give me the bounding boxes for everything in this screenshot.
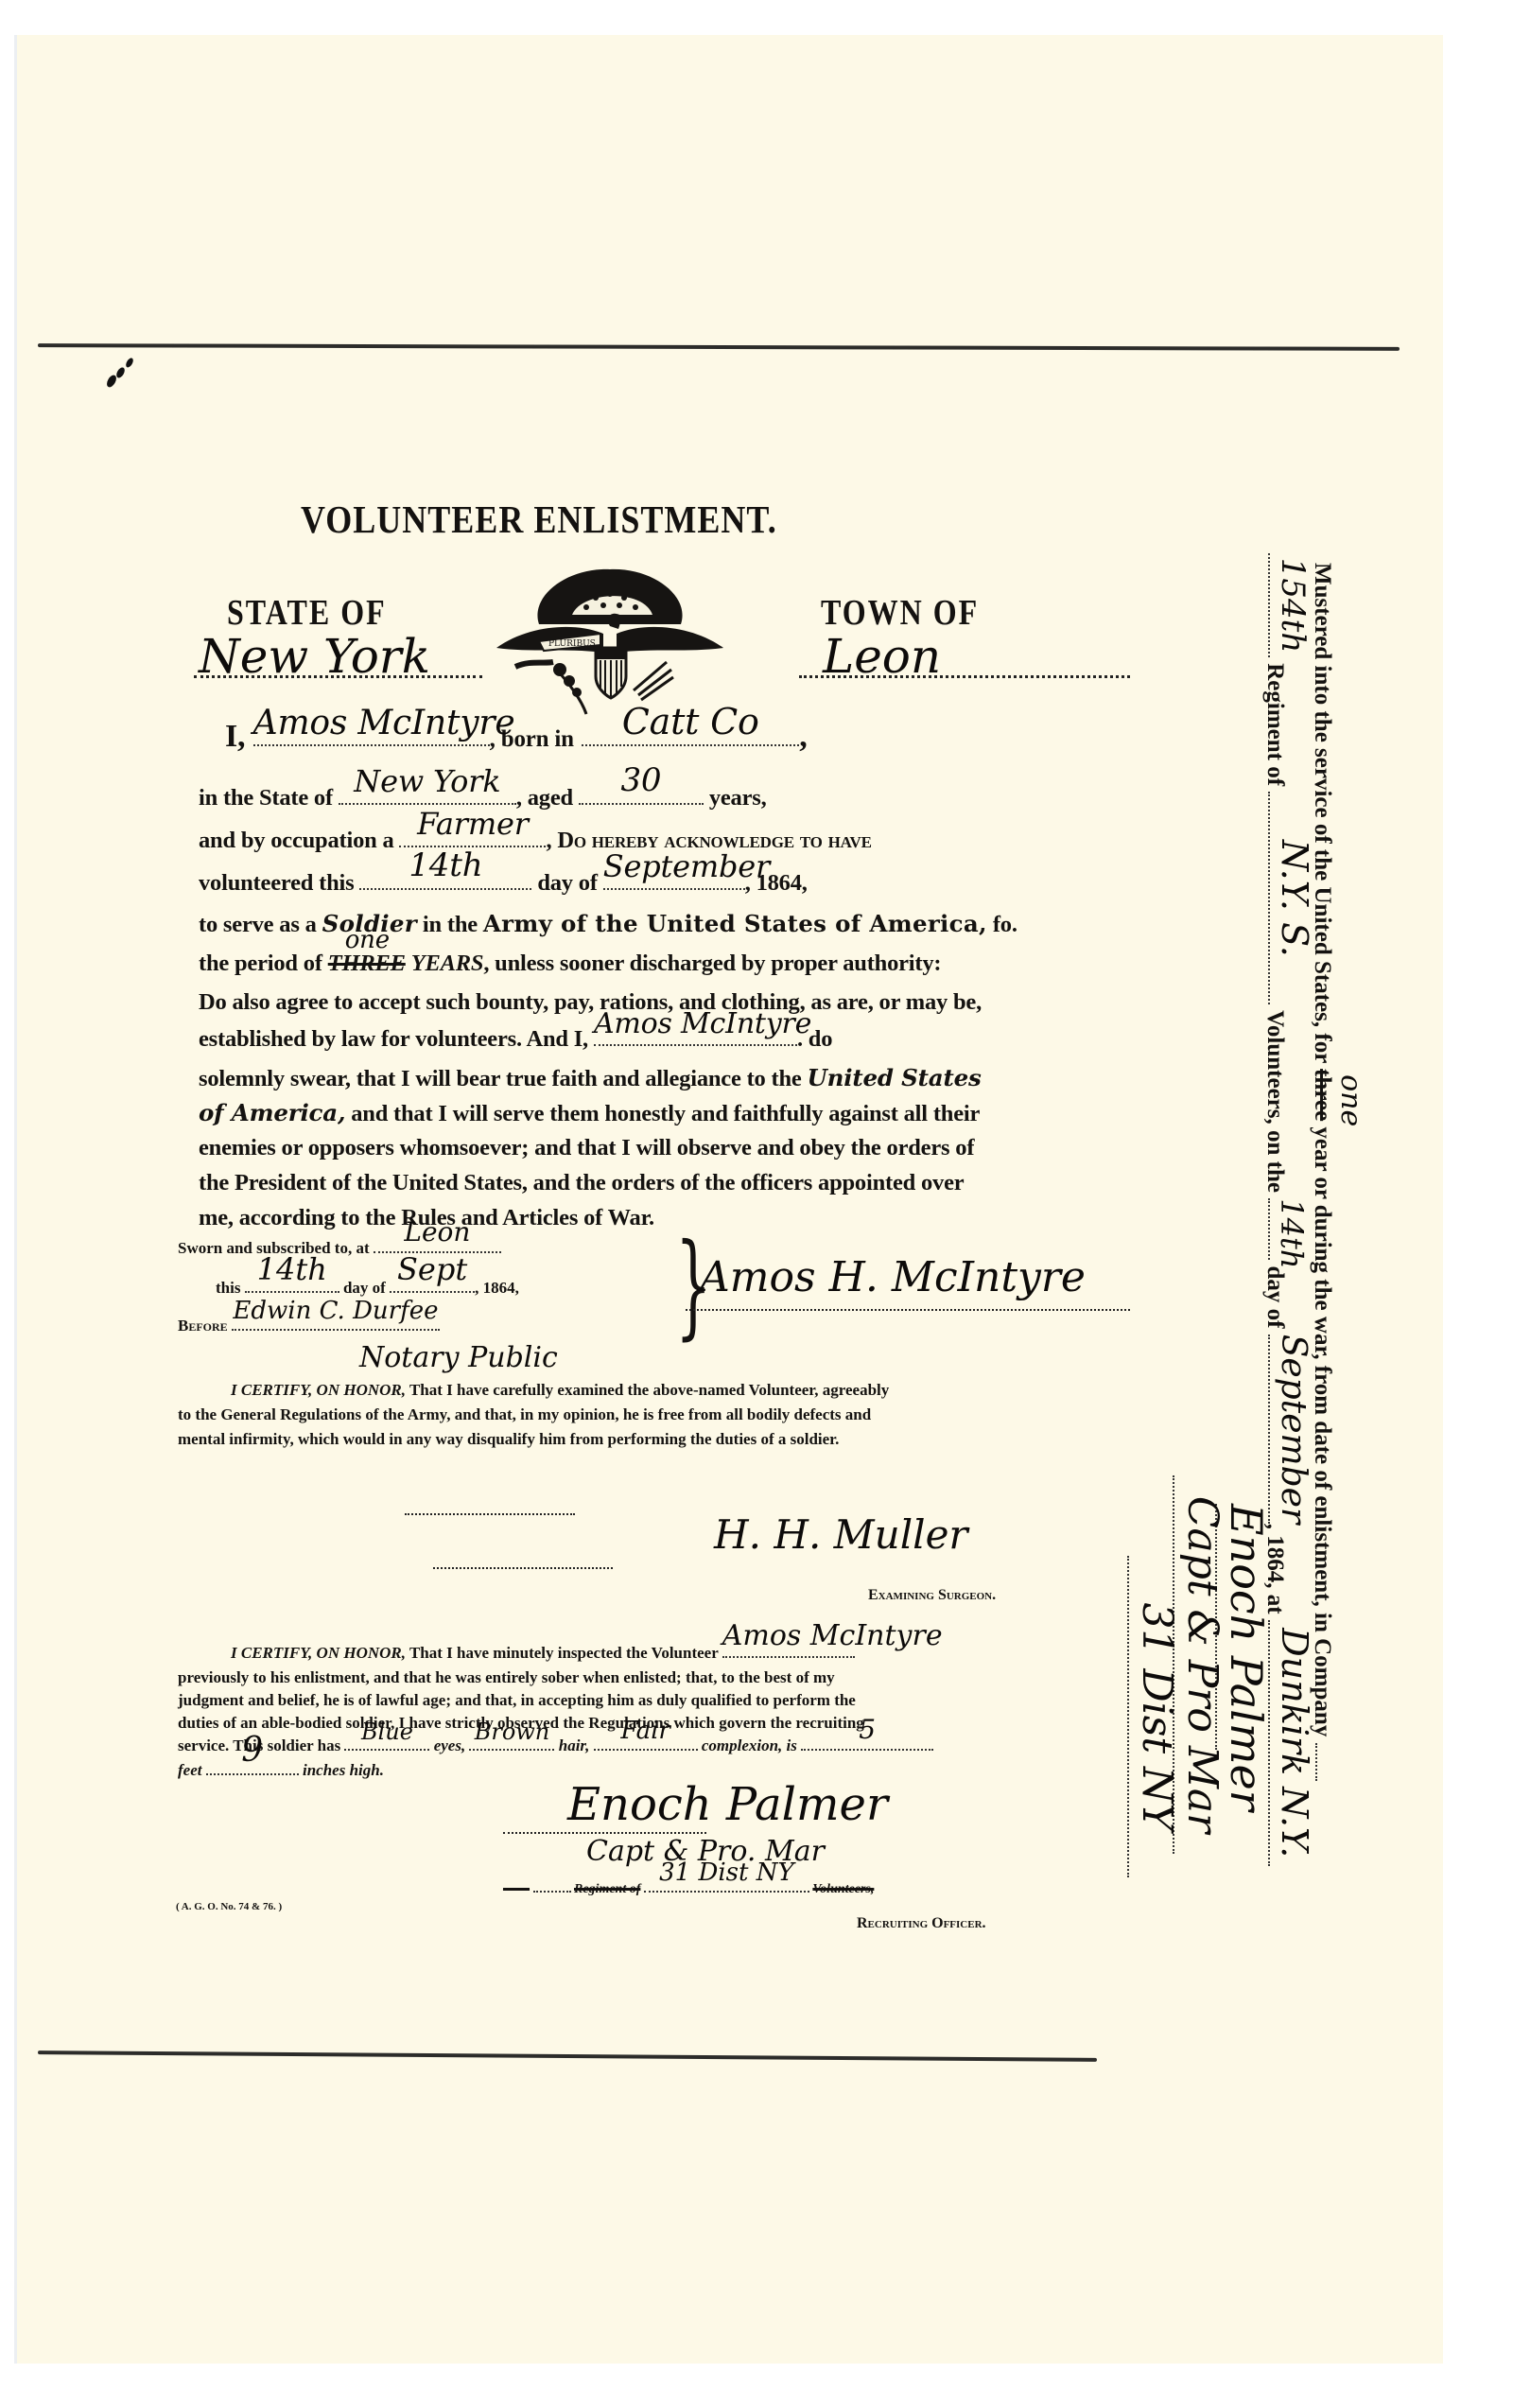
eyes-label: eyes, bbox=[434, 1736, 466, 1754]
struck-volunteers-label: Volunteers, bbox=[812, 1882, 874, 1896]
surgeon-signature: H. H. Muller bbox=[714, 1511, 968, 1558]
inches-value: 9 bbox=[206, 1731, 299, 1770]
muster-district-value: 31 Dist NY bbox=[1133, 1556, 1181, 1877]
birth-state-field[interactable]: New York bbox=[339, 802, 516, 805]
month-value: September bbox=[603, 848, 745, 884]
document-page bbox=[17, 35, 1443, 2364]
volunteers-on-label: Volunteers, on the bbox=[1262, 1010, 1288, 1193]
muster-district-field[interactable]: 31 Dist NY bbox=[1127, 1556, 1130, 1877]
recruiter-text-1: That I have minutely inspected the Volun… bbox=[409, 1644, 719, 1662]
feet-label: feet bbox=[178, 1761, 201, 1779]
muster-place-value: Dunkirk N.Y. bbox=[1274, 1620, 1315, 1866]
birthplace-field[interactable]: Catt Co bbox=[582, 743, 799, 746]
day-of-label: day of bbox=[537, 870, 597, 896]
oath-line-7: Do also agree to accept such bounty, pay… bbox=[199, 989, 982, 1016]
oath-line-9: solemnly swear, that I will bear true fa… bbox=[199, 1064, 982, 1092]
feet-field[interactable]: 5 bbox=[801, 1748, 933, 1751]
regiment-number-field[interactable]: 154th bbox=[1268, 553, 1271, 657]
term-correction: one bbox=[345, 926, 390, 954]
oath-line-1: I, Amos McIntyre, born in Catt Co, bbox=[225, 719, 808, 755]
town-of-label: TOWN OF bbox=[821, 591, 979, 633]
oath-line-12: the President of the United States, and … bbox=[199, 1170, 964, 1196]
muster-officer-signature: Enoch Palmer bbox=[1221, 1504, 1272, 1750]
muster-officer-title: Capt & Pro Mar bbox=[1178, 1475, 1226, 1854]
surgeon-signature-line bbox=[433, 1565, 613, 1569]
struck-dash: —— bbox=[503, 1882, 530, 1896]
inches-field[interactable]: 9 bbox=[206, 1772, 299, 1775]
sworn-day-field[interactable]: 14th bbox=[245, 1290, 339, 1293]
company-field[interactable] bbox=[1315, 1743, 1318, 1781]
form-number: ( A. G. O. No. 74 & 76. ) bbox=[176, 1901, 282, 1912]
muster-district-row: 31 Dist NY bbox=[1122, 1556, 1139, 1877]
recruiter-line-3: judgment and belief, he is of lawful age… bbox=[178, 1691, 856, 1710]
muster-term-correction: one bbox=[1334, 1074, 1367, 1126]
oath-i-label: I, bbox=[225, 719, 245, 754]
month-field[interactable]: September bbox=[603, 887, 745, 890]
sworn-year: , 1864, bbox=[475, 1279, 519, 1297]
certify-lead: I CERTIFY, ON HONOR, bbox=[231, 1381, 406, 1399]
oath-name-field[interactable]: Amos McIntyre bbox=[594, 1043, 797, 1046]
inspected-volunteer-value: Amos McIntyre bbox=[722, 1619, 855, 1652]
serve-as-label: to serve as a bbox=[199, 912, 317, 937]
discharged-clause: , unless sooner discharged by proper aut… bbox=[483, 951, 941, 976]
struck-term: THREE bbox=[328, 951, 406, 976]
dots bbox=[533, 1890, 571, 1893]
eyes-value: Blue bbox=[344, 1719, 429, 1745]
muster-month-value: September bbox=[1274, 1335, 1313, 1524]
surgeon-role: Examining Surgeon. bbox=[868, 1587, 996, 1604]
oath-line-10: of America, and that I will serve them h… bbox=[199, 1099, 980, 1127]
complexion-label: complexion, is bbox=[702, 1736, 797, 1754]
volunteer-signature: Amos H. McIntyre bbox=[700, 1253, 1086, 1301]
before-label: Before bbox=[178, 1317, 228, 1335]
muster-state-field[interactable]: N.Y. S. bbox=[1268, 792, 1271, 1004]
muster-day-value: 14th bbox=[1274, 1198, 1310, 1260]
for-label: fo. bbox=[993, 912, 1017, 937]
surgeon-line-2: to the General Regulations of the Army, … bbox=[178, 1405, 871, 1424]
regiment-number-value: 154th bbox=[1274, 553, 1312, 657]
notary-name-value: Edwin C. Durfee bbox=[232, 1297, 440, 1325]
swear-text: solemnly swear, that I will bear true fa… bbox=[199, 1066, 802, 1091]
recruiter-regiment-field[interactable]: 31 Dist NY bbox=[644, 1890, 809, 1893]
state-of-label: STATE OF bbox=[227, 591, 387, 633]
recruiter-line-6: feet 9 inches high. bbox=[178, 1761, 384, 1780]
recruiter-line-1: I CERTIFY, ON HONOR, That I have minutel… bbox=[231, 1644, 855, 1663]
volunteer-name-value: Amos McIntyre bbox=[253, 704, 490, 742]
surgeon-line-1: I CERTIFY, ON HONOR, That I have careful… bbox=[231, 1381, 889, 1400]
years-word: YEARS bbox=[411, 951, 484, 976]
muster-day-of-label: day of bbox=[1262, 1265, 1288, 1328]
oath-name-value: Amos McIntyre bbox=[594, 1007, 797, 1040]
army-name: Army of the United States of America, bbox=[483, 910, 987, 937]
feet-value: 5 bbox=[801, 1714, 933, 1745]
years-label: years, bbox=[709, 785, 767, 811]
name-field[interactable]: Amos McIntyre bbox=[253, 743, 490, 746]
of-america-bold: of America, bbox=[199, 1099, 345, 1126]
recruiter-regiment-row: —— Regiment of 31 Dist NY Volunteers, bbox=[503, 1882, 874, 1897]
surgeon-line-3: mental infirmity, which would in any way… bbox=[178, 1430, 839, 1449]
notary-field[interactable]: Edwin C. Durfee bbox=[232, 1328, 440, 1331]
muster-month-field[interactable]: September bbox=[1268, 1335, 1271, 1524]
sworn-place-value: Leon bbox=[374, 1216, 501, 1248]
oath-line-5: to serve as a Soldier in the Army of the… bbox=[199, 910, 1017, 938]
notary-title: Notary Public bbox=[359, 1341, 558, 1374]
oath-line-4: volunteered this 14th day of September, … bbox=[199, 870, 808, 897]
hair-field[interactable]: Brown bbox=[469, 1748, 554, 1751]
oath-line-11: enemies or opposers whomsoever; and that… bbox=[199, 1135, 974, 1161]
united-states-bold: United States bbox=[808, 1064, 982, 1091]
oath-line-6: the period of THREE one YEARS, unless so… bbox=[199, 951, 941, 977]
certify-lead: I CERTIFY, ON HONOR, bbox=[231, 1644, 406, 1662]
struck-regiment-label: Regiment of bbox=[574, 1882, 640, 1896]
muster-day-field[interactable]: 14th bbox=[1268, 1198, 1271, 1260]
state-value: New York bbox=[199, 629, 430, 684]
volunteered-this-label: volunteered this bbox=[199, 870, 354, 896]
complexion-field[interactable]: Fair bbox=[594, 1748, 698, 1751]
svg-text:PLURIBUS: PLURIBUS bbox=[548, 639, 596, 649]
recruiter-signature: Enoch Palmer bbox=[567, 1778, 888, 1831]
oath-line-3: and by occupation a Farmer, Do hereby ac… bbox=[199, 828, 872, 854]
established-label: established by law for volunteers. And I… bbox=[199, 1026, 588, 1052]
birth-state-value: New York bbox=[339, 763, 516, 799]
sworn-month-field[interactable]: Sept bbox=[390, 1290, 475, 1293]
eyes-field[interactable]: Blue bbox=[344, 1748, 429, 1751]
recruiter-role: Recruiting Officer. bbox=[857, 1915, 986, 1932]
birthplace-value: Catt Co bbox=[582, 701, 799, 742]
in-the-label: in the bbox=[423, 912, 478, 937]
sworn-date-row: this 14th day of Sept, 1864, bbox=[216, 1279, 519, 1298]
volunteer-signature-line bbox=[686, 1307, 1130, 1311]
period-of-label: the period of bbox=[199, 951, 322, 976]
oath-line-8: established by law for volunteers. And I… bbox=[199, 1026, 832, 1053]
surgeon-signature-line-top bbox=[405, 1511, 575, 1515]
hair-value: Brown bbox=[469, 1719, 554, 1745]
town-value: Leon bbox=[823, 629, 941, 684]
age-field[interactable]: 30 bbox=[579, 802, 704, 805]
muster-state-value: N.Y. S. bbox=[1274, 792, 1315, 1004]
complexion-value: Fair bbox=[594, 1717, 698, 1745]
age-value: 30 bbox=[579, 761, 704, 799]
recruiter-regiment-value: 31 Dist NY bbox=[644, 1858, 809, 1887]
muster-line-1: Mustered into the service of the United … bbox=[1309, 563, 1335, 1781]
eagle-seal-icon: PLURIBUS bbox=[492, 558, 728, 719]
hair-label: hair, bbox=[559, 1736, 590, 1754]
inspected-volunteer-field[interactable]: Amos McIntyre bbox=[722, 1655, 855, 1658]
occupation-value: Farmer bbox=[399, 806, 546, 842]
sworn-day-value: 14th bbox=[245, 1251, 339, 1287]
sworn-before-row: Before Edwin C. Durfee bbox=[178, 1317, 440, 1335]
this-label: this bbox=[216, 1279, 240, 1297]
recruiter-signature-line bbox=[503, 1830, 706, 1834]
sworn-month-value: Sept bbox=[390, 1251, 475, 1287]
serve-text: and that I will serve them honestly and … bbox=[351, 1101, 980, 1126]
inches-label: inches high. bbox=[303, 1761, 384, 1779]
surgeon-text-1: That I have carefully examined the above… bbox=[409, 1381, 889, 1399]
recruiter-line-2: previously to his enlistment, and that h… bbox=[178, 1668, 835, 1687]
page-title: VOLUNTEER ENLISTMENT. bbox=[301, 497, 777, 542]
day-value: 14th bbox=[359, 846, 531, 884]
punct: , bbox=[799, 719, 807, 754]
day-of-label: day of bbox=[343, 1279, 386, 1297]
muster-struck-term: three bbox=[1310, 1069, 1335, 1121]
in-state-of-label: in the State of bbox=[199, 785, 333, 811]
day-field[interactable]: 14th bbox=[359, 887, 531, 890]
regiment-of-label: Regiment of bbox=[1262, 663, 1288, 786]
